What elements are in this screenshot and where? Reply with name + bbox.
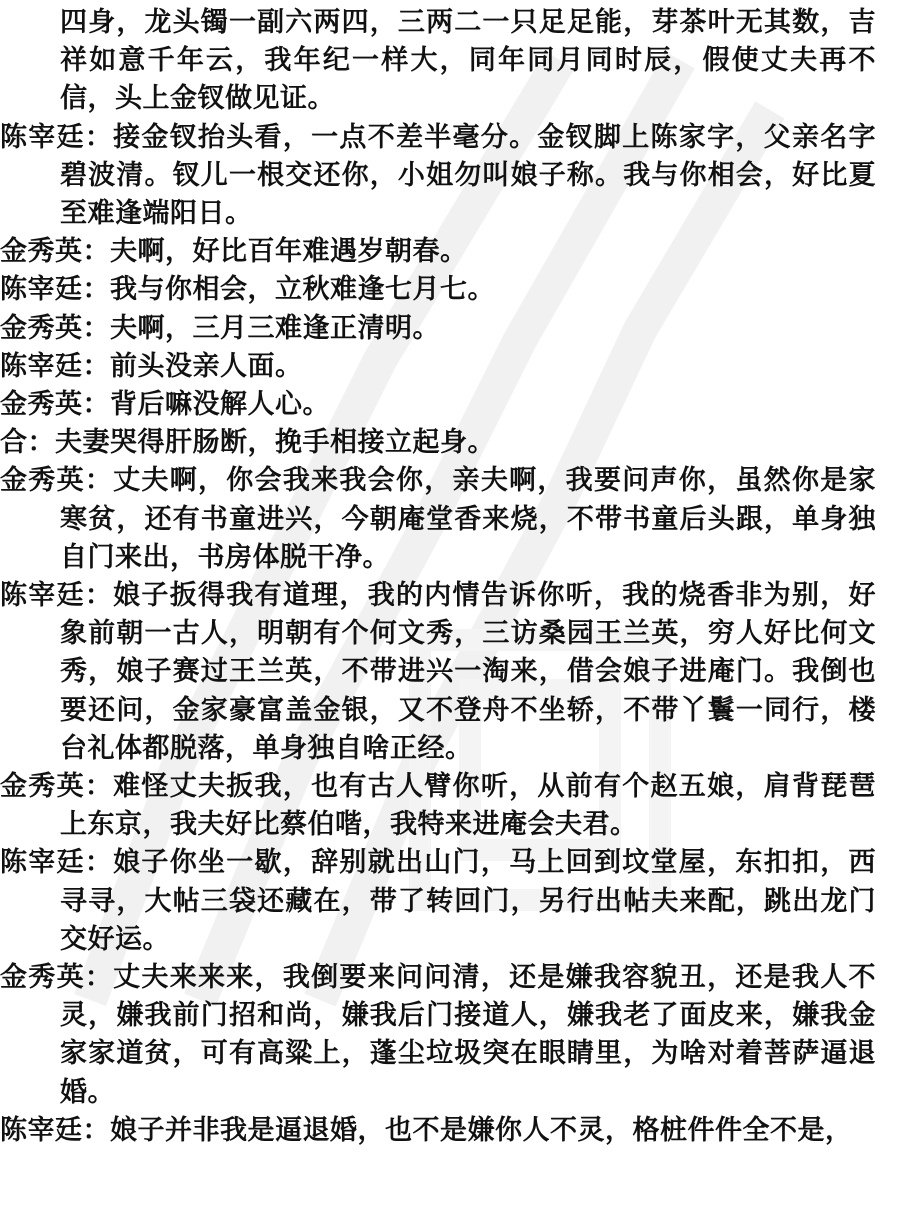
dialogue-paragraph: 陈宰廷：娘子并非我是逼退婚，也不是嫌你人不灵，格桩件件全不是， [0, 1112, 900, 1150]
speaker-label: 金秀英： [0, 962, 113, 993]
speaker-label: 金秀英： [0, 465, 113, 496]
dialogue-text: 接金钗抬头看，一点不差半毫分。金钗脚上陈家字，父亲名字碧波清。钗儿一根交还你，小… [60, 122, 876, 229]
speaker-label: 陈宰廷： [0, 1115, 110, 1146]
dialogue-paragraph: 合：夫妻哭得肝肠断，挽手相接立起身。 [0, 424, 900, 462]
dialogue-text: 难怪丈夫扳我，也有古人臂你听，从前有个赵五娘，肩背琵琶上东京，我夫好比蔡伯喈，我… [60, 771, 876, 840]
dialogue-text: 夫妻哭得肝肠断，挽手相接立起身。 [55, 427, 495, 458]
dialogue-paragraph: 金秀英：丈夫来来来，我倒要来问问清，还是嫌我容貌丑，还是我人不灵，嫌我前门招和尚… [0, 959, 900, 1112]
dialogue-text: 夫啊，三月三难逢正清明。 [110, 313, 440, 344]
dialogue-paragraph: 陈宰廷：我与你相会，立秋难逢七月七。 [0, 271, 900, 309]
dialogue-paragraph: 金秀英：背后嘛没解人心。 [0, 386, 900, 424]
speaker-label: 金秀英： [0, 389, 110, 420]
dialogue-paragraph: 陈宰廷：娘子你坐一歇，辞别就出山门，马上回到坟堂屋，东扣扣，西寻寻，大帖三袋还藏… [0, 844, 900, 959]
dialogue-text: 娘子你坐一歇，辞别就出山门，马上回到坟堂屋，东扣扣，西寻寻，大帖三袋还藏在，带了… [60, 847, 876, 954]
speaker-label: 陈宰廷： [0, 122, 113, 153]
speaker-label: 合： [0, 427, 55, 458]
dialogue-paragraph: 金秀英：丈夫啊，你会我来我会你，亲夫啊，我要问声你，虽然你是家寒贫，还有书童进兴… [0, 462, 900, 577]
dialogue-text: 丈夫啊，你会我来我会你，亲夫啊，我要问声你，虽然你是家寒贫，还有书童进兴，今朝庵… [60, 465, 876, 572]
dialogue-paragraph: 四身，龙头镯一副六两四，三两二一只足足能，芽茶叶无其数，吉祥如意千年云，我年纪一… [0, 4, 900, 119]
dialogue-text: 前头没亲人面。 [110, 351, 303, 382]
speaker-label: 金秀英： [0, 771, 113, 802]
speaker-label: 陈宰廷： [0, 351, 110, 382]
dialogue-paragraph: 陈宰廷：娘子扳得我有道理，我的内情告诉你听，我的烧香非为别，好象前朝一古人，明朝… [0, 577, 900, 768]
dialogue-paragraph: 金秀英：夫啊，三月三难逢正清明。 [0, 310, 900, 348]
dialogue-text: 丈夫来来来，我倒要来问问清，还是嫌我容貌丑，还是我人不灵，嫌我前门招和尚，嫌我后… [60, 962, 876, 1108]
dialogue-text: 四身，龙头镯一副六两四，三两二一只足足能，芽茶叶无其数，吉祥如意千年云，我年纪一… [60, 7, 876, 114]
dialogue-paragraph: 陈宰廷：前头没亲人面。 [0, 348, 900, 386]
dialogue-text: 我与你相会，立秋难逢七月七。 [110, 274, 495, 305]
dialogue-text: 背后嘛没解人心。 [110, 389, 330, 420]
dialogue-text: 娘子并非我是逼退婚，也不是嫌你人不灵，格桩件件全不是， [110, 1115, 853, 1146]
dialogue-paragraph: 金秀英：夫啊，好比百年难遇岁朝春。 [0, 233, 900, 271]
speaker-label: 陈宰廷： [0, 274, 110, 305]
dialogue-paragraph: 金秀英：难怪丈夫扳我，也有古人臂你听，从前有个赵五娘，肩背琵琶上东京，我夫好比蔡… [0, 768, 900, 844]
dialogue-paragraph: 陈宰廷：接金钗抬头看，一点不差半毫分。金钗脚上陈家字，父亲名字碧波清。钗儿一根交… [0, 119, 900, 234]
dialogue-text: 娘子扳得我有道理，我的内情告诉你听，我的烧香非为别，好象前朝一古人，明朝有个何文… [60, 580, 876, 764]
dialogue-text: 夫啊，好比百年难遇岁朝春。 [110, 236, 468, 267]
speaker-label: 陈宰廷： [0, 847, 113, 878]
speaker-label: 金秀英： [0, 313, 110, 344]
script-document: 四身，龙头镯一副六两四，三两二一只足足能，芽茶叶无其数，吉祥如意千年云，我年纪一… [0, 4, 900, 1150]
speaker-label: 金秀英： [0, 236, 110, 267]
speaker-label: 陈宰廷： [0, 580, 113, 611]
